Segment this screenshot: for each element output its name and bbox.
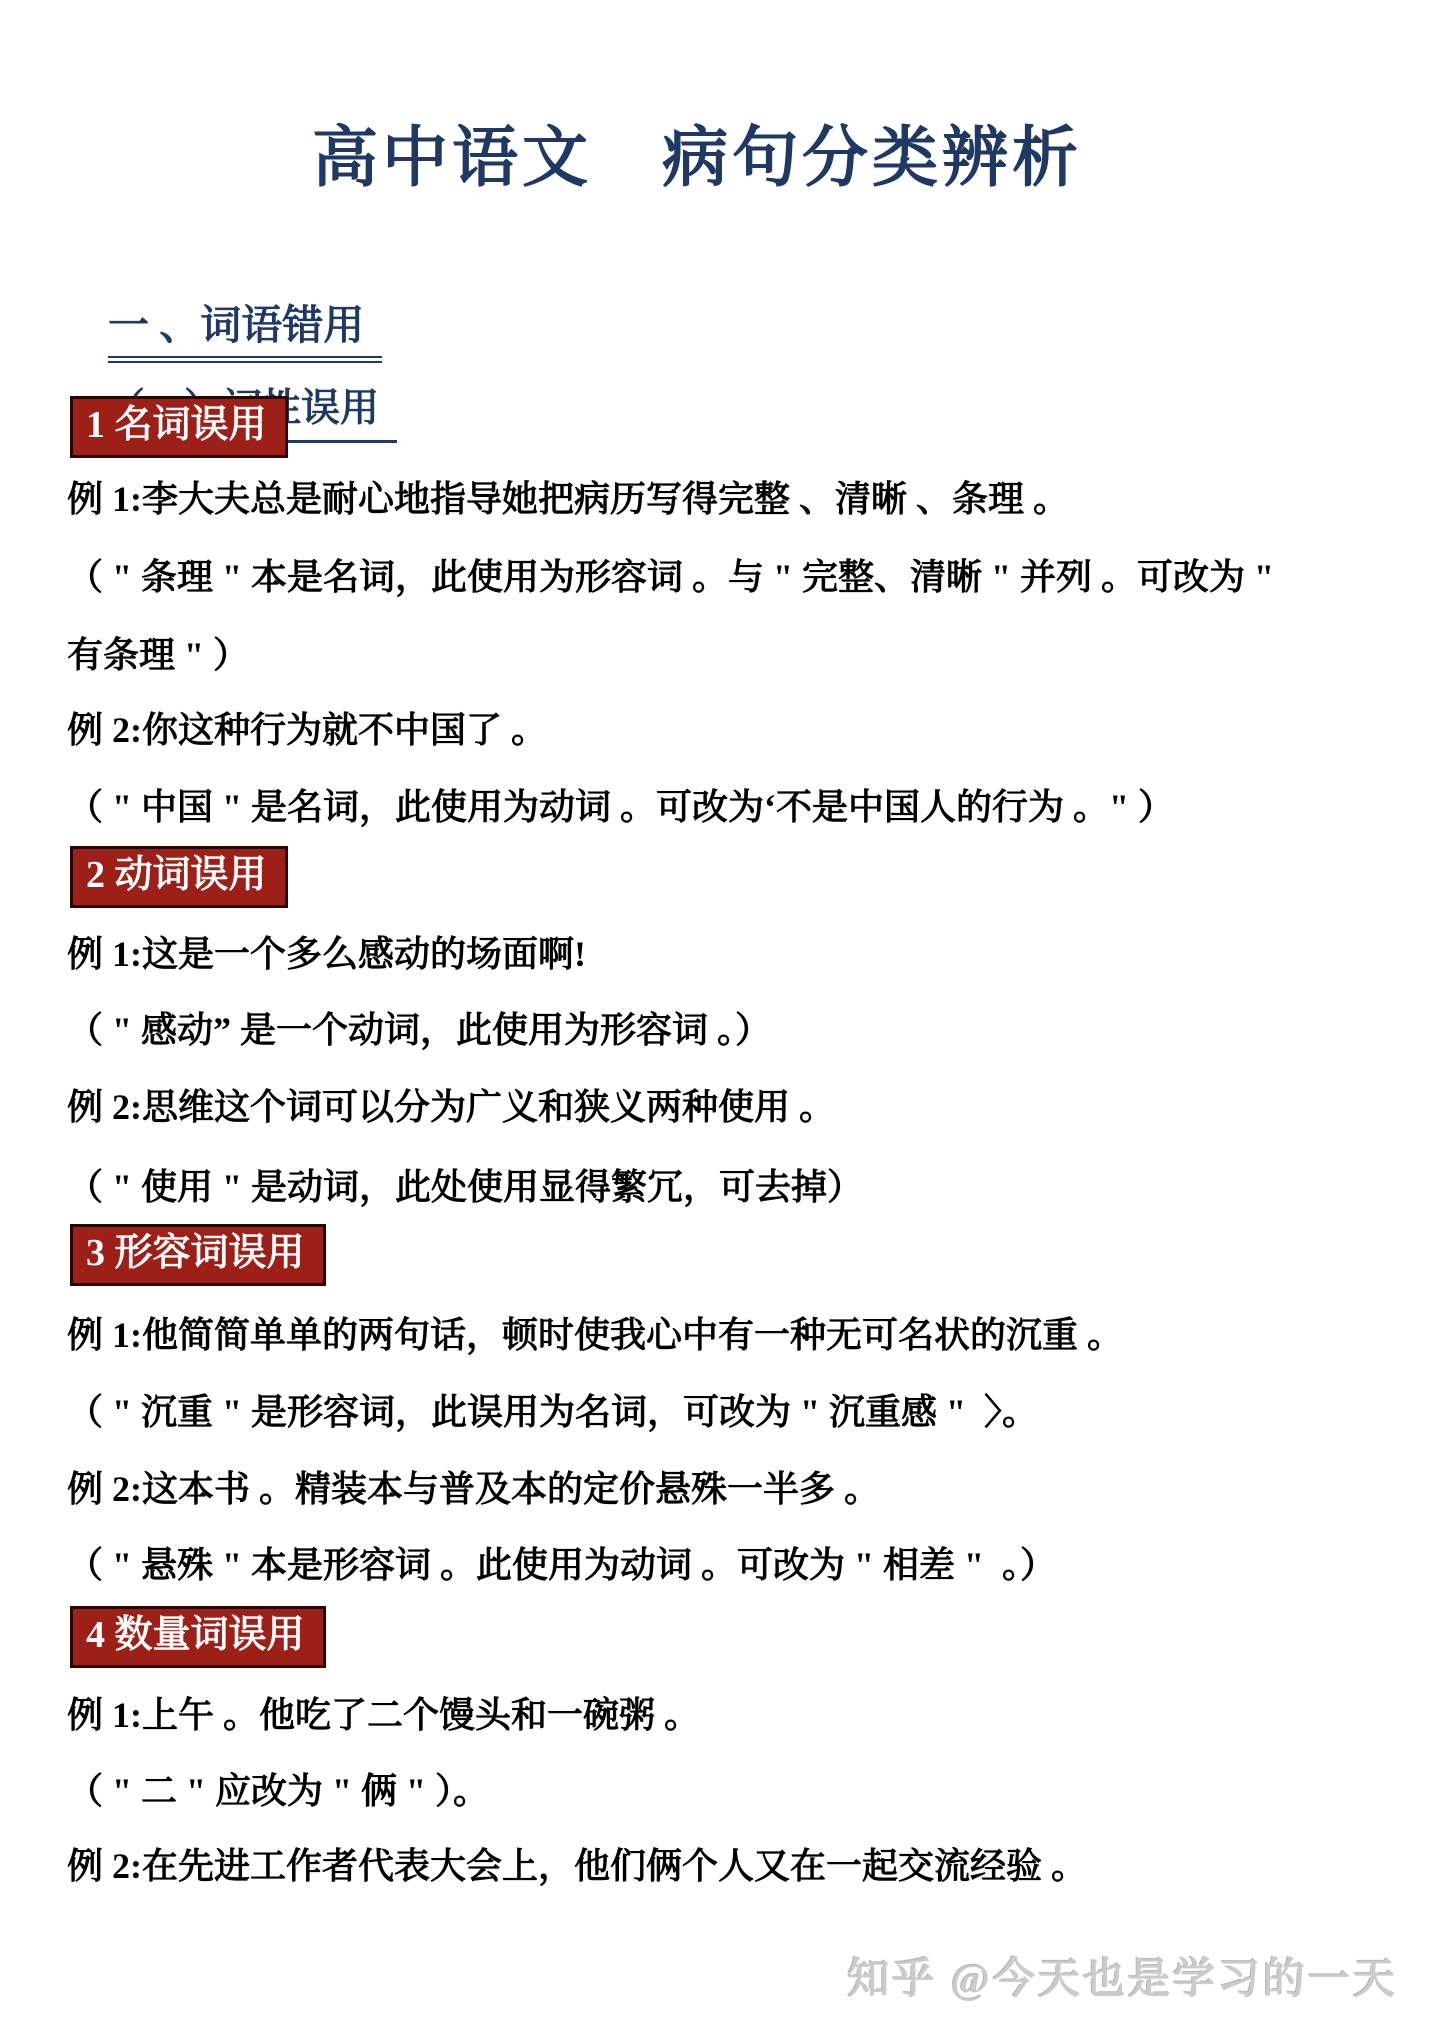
text-line: 例 2:在先进工作者代表大会上，他们俩个人又在一起交流经验 。	[67, 1845, 1087, 1888]
page-title: 高中语文 病句分类辨析	[312, 104, 1082, 199]
text-line: 例 2:思维这个词可以分为广义和狭义两种使用 。	[67, 1086, 835, 1129]
badge-adjective-misuse: 3 形容词误用	[70, 1224, 326, 1286]
badge-quantifier-misuse: 4 数量词误用	[70, 1606, 326, 1668]
text-line: 例 1:上午 。他吃了二个馒头和一碗粥 。	[67, 1694, 700, 1737]
text-line: 有条理 " ）	[67, 634, 249, 677]
badge-noun-misuse: 1 名词误用	[70, 396, 288, 458]
document-page: 高中语文 病句分类辨析 一 、词语错用 （一）词性误用 1 名词误用 例 1:李…	[0, 0, 1440, 2037]
text-line: 例 1:他简简单单的两句话，顿时使我心中有一种无可名状的沉重 。	[67, 1314, 1123, 1357]
text-line: （ " 二 " 应改为 " 俩 " ）。	[67, 1770, 489, 1813]
text-line: （ " 感动” 是一个动词，此使用为形容词 。）	[67, 1009, 771, 1052]
text-line: （ " 使用 " 是动词，此处使用显得繁冗，可去掉）	[67, 1166, 863, 1209]
zhihu-watermark: 知乎 @今天也是学习的一天	[847, 1946, 1398, 2006]
text-line: （ " 悬殊 " 本是形容词 。此使用为动词 。可改为 " 相差 " 。）	[67, 1544, 1056, 1587]
badge-verb-misuse: 2 动词误用	[70, 846, 288, 908]
text-line: （ " 中国 " 是名词，此使用为动词 。可改为‘不是中国人的行为 。" ）	[67, 786, 1174, 829]
text-line: 例 1:这是一个多么感动的场面啊!	[67, 933, 586, 976]
text-line: 例 1:李大夫总是耐心地指导她把病历写得完整 、清晰 、条理 。	[67, 478, 1069, 521]
text-line: 例 2:你这种行为就不中国了 。	[67, 709, 547, 752]
text-line: （ " 沉重 " 是形容词，此误用为名词，可改为 " 沉重感 " 〉。	[67, 1391, 1038, 1434]
text-line: （ " 条理 " 本是名词，此使用为形容词 。与 " 完整、清晰 " 并列 。可…	[67, 556, 1274, 599]
text-line: 例 2:这本书 。精装本与普及本的定价悬殊一半多 。	[67, 1468, 880, 1511]
